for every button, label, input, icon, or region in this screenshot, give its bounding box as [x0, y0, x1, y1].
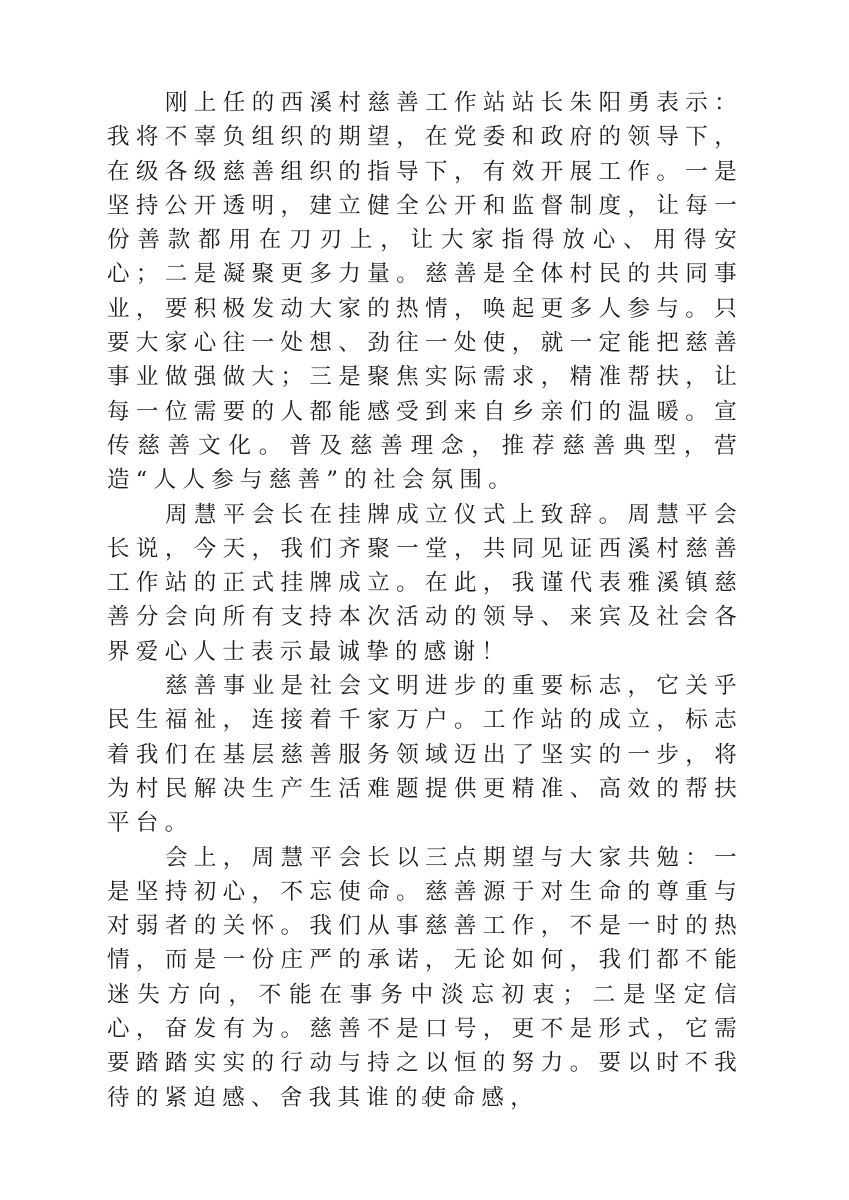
paragraph: 会上，周慧平会长以三点期望与大家共勉：一是坚持初心，不忘使命。慈善源于对生命的尊… [107, 841, 743, 1115]
paragraph: 周慧平会长在挂牌成立仪式上致辞。周慧平会长说，今天，我们齐聚一堂，共同见证西溪村… [107, 498, 743, 669]
paragraph: 刚上任的西溪村慈善工作站站长朱阳勇表示：我将不辜负组织的期望，在党委和政府的领导… [107, 86, 743, 498]
paragraph: 慈善事业是社会文明进步的重要标志，它关乎民生福祉，连接着千家万户。工作站的成立，… [107, 669, 743, 840]
document-page: 刚上任的西溪村慈善工作站站长朱阳勇表示：我将不辜负组织的期望，在党委和政府的领导… [0, 0, 849, 1200]
body-text: 刚上任的西溪村慈善工作站站长朱阳勇表示：我将不辜负组织的期望，在党委和政府的领导… [107, 86, 743, 1115]
page-number: 5 [0, 1093, 849, 1108]
